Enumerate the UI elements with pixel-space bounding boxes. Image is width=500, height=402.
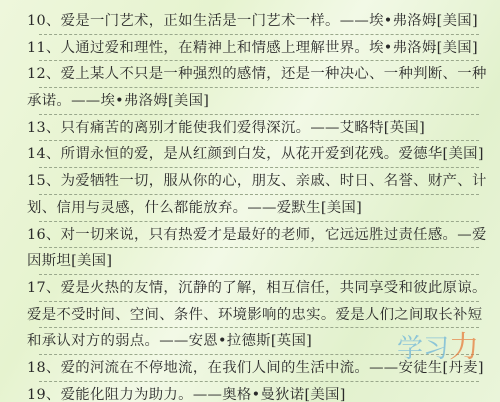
quote-line: 11、人通过爱和理性，在精神上和情感上理解世界。埃•弗洛姆[美国] [39,35,479,62]
quote-line: 18、爱的河流在不停地流，在我们人间的生活中流。——安徒生[丹麦] [39,355,479,382]
quote-line: 12、爱上某人不只是一种强烈的感情，还是一种决心、一种判断、一种 [39,61,479,88]
quote-line: 16、对一切来说，只有热爱才是最好的老师，它远远胜过责任感。—爱 [39,222,479,249]
quote-line: 10、爱是一门艺术，正如生活是一门艺术一样。——埃•弗洛姆[美国] [39,8,479,35]
quote-line: 承诺。——埃•弗洛姆[美国] [39,88,479,115]
quote-line: 和承认对方的弱点。——安恩•拉德斯[英国] [39,328,479,355]
quote-line: 14、所谓永恒的爱，是从红颜到白发，从花开爱到花残。爱德华[美国] [39,141,479,168]
quote-line: 因斯坦[美国] [39,248,479,275]
quote-line: 13、只有痛苦的离别才能使我们爱得深沉。——艾略特[英国] [39,115,479,142]
quote-line: 19、爱能化阻力为助力。——奥格•曼狄诺[美国] [39,382,479,402]
quote-line: 爱是不受时间、空间、条件、环境影响的忠实。爱是人们之间取长补短 [39,302,479,329]
quote-line: 划、信用与灵感，什么都能放弃。——爱默生[美国] [39,195,479,222]
quote-list: 10、爱是一门艺术，正如生活是一门艺术一样。——埃•弗洛姆[美国] 11、人通过… [27,8,479,402]
quote-line: 15、为爱牺牲一切，服从你的心，朋友、亲戚、时日、名誉、财产、计 [39,168,479,195]
quote-line: 17、爱是火热的友情，沉静的了解，相互信任，共同享受和彼此原谅。 [39,275,479,302]
